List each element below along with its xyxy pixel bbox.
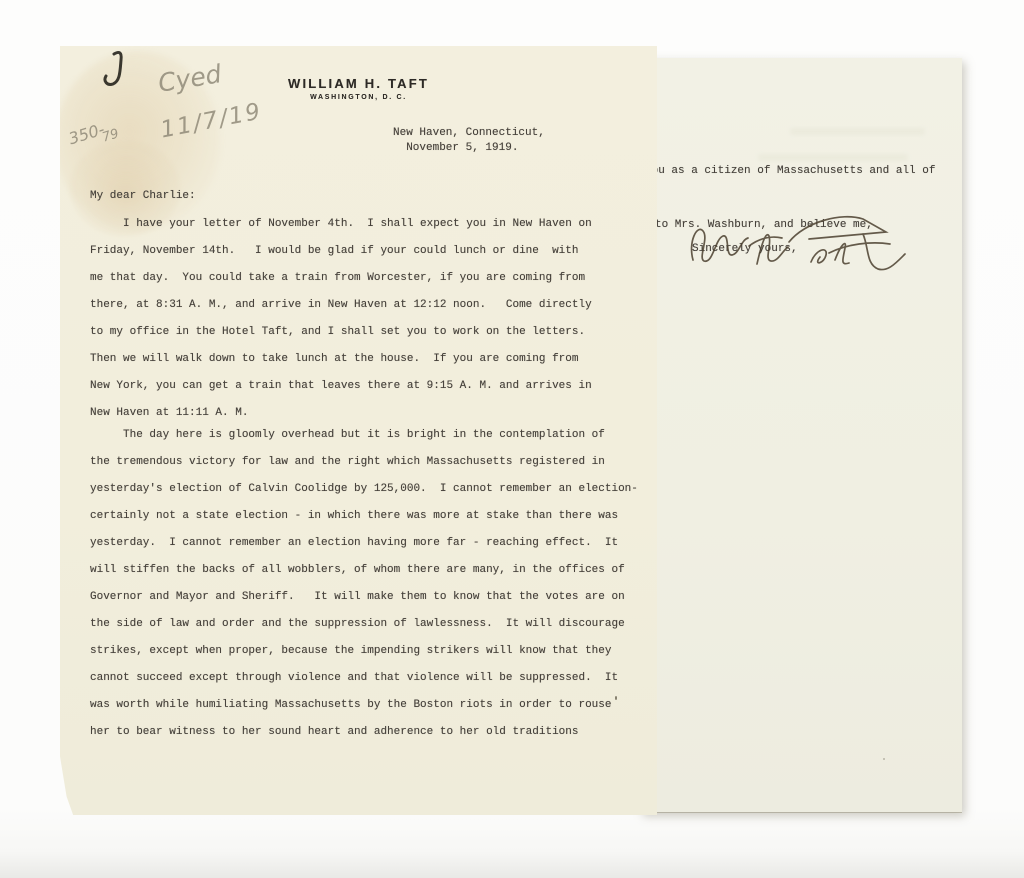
signature-ink-strokes — [685, 208, 935, 298]
letter-paragraph-2: The day here is gloomly overhead but it … — [90, 422, 638, 746]
letter-page-1: Cyed 11/7/19 350-79 WILLIAM H. TAFT WASH… — [60, 46, 657, 815]
ink-speck — [883, 758, 885, 760]
letter-page-2: you as a citizen of Massachusetts and al… — [640, 58, 962, 812]
pencil-date-note: 11/7/19 — [158, 98, 264, 143]
letterhead-location: WASHINGTON, D. C. — [60, 94, 657, 101]
letter-paragraph-1: I have your letter of November 4th. I sh… — [90, 211, 592, 427]
page2-body-fragment: you as a citizen of Massachusetts and al… — [645, 166, 935, 177]
salutation: My dear Charlie: — [90, 183, 196, 210]
letterhead: WILLIAM H. TAFT WASHINGTON, D. C. — [60, 76, 657, 101]
ink-speck — [615, 696, 617, 700]
taft-signature — [685, 208, 935, 298]
ink-bleed-smudge — [790, 128, 925, 135]
letter-photograph: you as a citizen of Massachusetts and al… — [0, 0, 1024, 878]
dateline: New Haven, Connecticut, November 5, 1919… — [393, 126, 545, 156]
pencil-price-note: 350-79 — [66, 115, 122, 149]
pencil-price-denominator: 79 — [100, 126, 120, 145]
letterhead-name: WILLIAM H. TAFT — [60, 76, 657, 91]
ink-bleed-smudge — [758, 154, 908, 161]
